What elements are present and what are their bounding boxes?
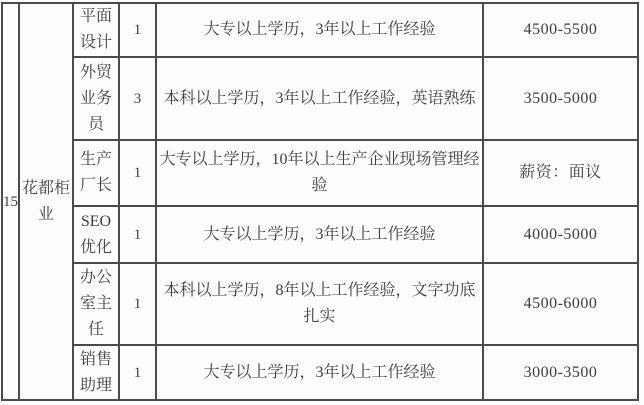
openings-count-cell: 1 (119, 345, 156, 400)
table-row: 15 花都柜业 平面设计 1 大专以上学历，3年以上工作经验 4500-5500 (2, 3, 638, 57)
requirements-cell: 大专以上学历，3年以上工作经验 (156, 345, 483, 400)
table-row: 外贸业务员 3 本科以上学历，3年以上工作经验，英语熟练 3500-5000 (2, 57, 638, 140)
requirements-cell: 大专以上学历，3年以上工作经验 (156, 3, 483, 57)
openings-count-cell: 1 (119, 3, 156, 57)
job-title-cell: SEO优化 (73, 206, 119, 263)
job-title-cell: 办公室主任 (73, 263, 119, 345)
openings-count-cell: 3 (119, 57, 156, 140)
table-row: SEO优化 1 大专以上学历，3年以上工作经验 4000-5000 (2, 206, 638, 263)
salary-cell: 4500-6000 (483, 263, 638, 345)
job-listing-table-body: 15 花都柜业 平面设计 1 大专以上学历，3年以上工作经验 4500-5500… (2, 3, 638, 400)
salary-cell: 4500-5500 (483, 3, 638, 57)
job-title-cell: 生产厂长 (73, 140, 119, 206)
salary-cell: 3500-5000 (483, 57, 638, 140)
requirements-cell: 大专以上学历，10年以上生产企业现场管理经验 (156, 140, 483, 206)
salary-cell: 薪资：面议 (483, 140, 638, 206)
openings-count-cell: 1 (119, 263, 156, 345)
job-title-cell: 平面设计 (73, 3, 119, 57)
requirements-cell: 本科以上学历，3年以上工作经验，英语熟练 (156, 57, 483, 140)
job-listing-page: 15 花都柜业 平面设计 1 大专以上学历，3年以上工作经验 4500-5500… (0, 0, 644, 405)
salary-cell: 3000-3500 (483, 345, 638, 400)
table-row: 办公室主任 1 本科以上学历，8年以上工作经验，文字功底扎实 4500-6000 (2, 263, 638, 345)
job-title-cell: 外贸业务员 (73, 57, 119, 140)
salary-cell: 4000-5000 (483, 206, 638, 263)
requirements-cell: 本科以上学历，8年以上工作经验，文字功底扎实 (156, 263, 483, 345)
openings-count-cell: 1 (119, 206, 156, 263)
job-title-cell: 销售助理 (73, 345, 119, 400)
job-listing-table: 15 花都柜业 平面设计 1 大专以上学历，3年以上工作经验 4500-5500… (1, 2, 639, 401)
table-row: 销售助理 1 大专以上学历，3年以上工作经验 3000-3500 (2, 345, 638, 400)
openings-count-cell: 1 (119, 140, 156, 206)
company-name-cell: 花都柜业 (19, 3, 73, 400)
table-row: 生产厂长 1 大专以上学历，10年以上生产企业现场管理经验 薪资：面议 (2, 140, 638, 206)
requirements-cell: 大专以上学历，3年以上工作经验 (156, 206, 483, 263)
serial-number-cell: 15 (2, 3, 19, 400)
